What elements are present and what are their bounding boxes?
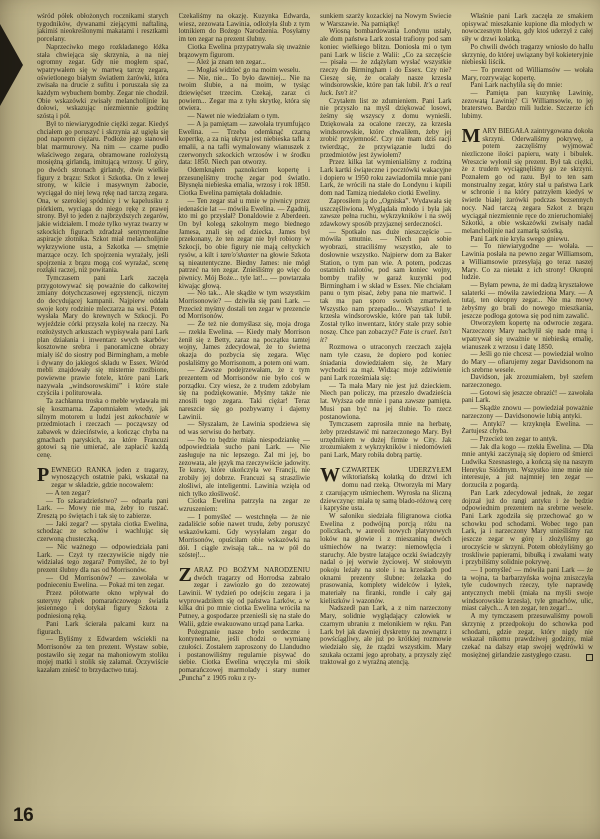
paragraph: — No tak... Ale skądże w tym wszystkim M… (179, 290, 311, 321)
drop-cap: P (37, 467, 51, 483)
paragraph: Właśnie pani Lark zaczęła ze smakiem opi… (462, 13, 594, 44)
paragraph: Naprzeciwko mego rozkładanego łóżka stał… (37, 44, 169, 121)
paragraph: Ciotka Ewelina przypatrywała się uważnie… (179, 44, 311, 59)
drop-cap: W (320, 467, 342, 483)
drop-cap: Z (179, 567, 194, 583)
paragraph: Otworzyłem kopertę na odwrocie zegara. N… (462, 320, 594, 351)
paragraph: — Spotkało nas duże nieszczęście — mówił… (320, 229, 452, 345)
paragraph: Ta zachłanna troska o meble wydawała mi … (37, 398, 169, 460)
text-columns: wśród półek obłożonych rocznikami staryc… (37, 13, 593, 809)
paragraph: — Antyki? — krzyknęła Ewelina. — Żartuje… (462, 421, 594, 436)
paragraph: — Pamięta pan kuzynkę Lawinię, zezowatą … (462, 90, 594, 121)
paragraph: Ciotka Ewelina patrzyła na zegar ze wzru… (179, 498, 311, 513)
paragraph: — To szkaradzieństwo? — odparła pani Lar… (37, 498, 169, 521)
paragraph: sunkiem szarży kozackiej na Nowym Świeci… (320, 13, 452, 28)
column-2: Czekaliśmy na okazję. Kuzynka Edwarda, w… (179, 13, 311, 809)
paragraph: — A ja pamiętam — zawołała tryumfująco E… (179, 121, 311, 167)
paragraph: Czekaliśmy na okazję. Kuzynka Edwarda, w… (179, 13, 311, 44)
magazine-page: wśród półek obłożonych rocznikami staryc… (0, 0, 600, 839)
page-number: 16 (13, 805, 33, 827)
paragraph: — Że też nie domyślasz się, moja droga —… (179, 321, 311, 367)
paragraph: — Od Morrisonów? — zawołała w podnieceni… (37, 575, 169, 590)
paragraph: — No to będzie miała niespodziankę — odp… (179, 437, 311, 499)
column-3: sunkiem szarży kozackiej na Nowym Świeci… (320, 13, 452, 809)
drop-cap: M (462, 128, 483, 144)
column-4: Właśnie pani Lark zaczęła ze smakiem opi… (462, 13, 594, 809)
paragraph: Pożegnanie nasze było serdeczne i kontyn… (179, 629, 311, 683)
paragraph: — Nie, nie... To było dawniej... Nie na … (179, 75, 311, 114)
paragraph: Czytałem list ze zdumieniem. Pani Lark n… (320, 98, 452, 160)
paragraph: — Byłam pewna, że mi dadzą kryształowe s… (462, 282, 594, 321)
paragraph: — Zawsze podejrzewałam, że z tym prezent… (179, 367, 311, 421)
page-corner-marker-icon (0, 24, 23, 106)
paragraph: MARY BIEGAŁA zaintrygowana dokoła skrzyn… (462, 128, 594, 236)
paragraph: — Jak dla kogo — rzekła Ewelina. — Dla m… (462, 444, 594, 490)
paragraph: Odemknąłem paznokciem kopertę i przesunę… (179, 167, 311, 198)
paragraph: Był to niewiarygodnie ciężki zegar. Kied… (37, 121, 169, 275)
paragraph: Pani Lark ścierała palcami kurz na figur… (37, 621, 169, 636)
paragraph: — Gotowi się jeszcze obrazić! — zawołała… (462, 390, 594, 405)
paragraph: W saloniku siedziała filigranowa ciotka … (320, 513, 452, 605)
paragraph: Tymczasem pani Lark zaczęła przygotowywa… (37, 275, 169, 398)
paragraph: Po chwili dwóch tragarzy wniosło do hall… (462, 44, 594, 67)
paragraph: wśród półek obłożonych rocznikami staryc… (37, 13, 169, 44)
paragraph: WCZWARTEK UDERZYŁEM wiktoriańską kołatką… (320, 467, 452, 513)
paragraph: PEWNEGO RANKA jeden z tragarzy, wynosząc… (37, 467, 169, 490)
paragraph: A my tymczasem przesuwaliśmy powoli skrz… (462, 613, 594, 659)
paragraph: — Skądże znowu — powiedział poważnie nar… (462, 405, 594, 420)
paragraph: — Ten zegar stał u mnie w piwnicy przez … (179, 198, 311, 290)
paragraph: — I pomyśleć — westchnęła — że nie zadal… (179, 514, 311, 560)
paragraph: — I pomyśleć — mówiła pani Lark — że ta … (462, 567, 594, 613)
end-of-article-icon (586, 654, 593, 661)
paragraph: Davidson, jak zrozumiałem, był szefem na… (462, 374, 594, 389)
paragraph: Przez kilka lat wymienialiśmy z rodziną … (320, 159, 452, 198)
paragraph: — Byliśmy z Edwardem wściekli na Morriso… (37, 636, 169, 675)
paragraph: Nadszedł pan Lark, a z nim narzeczony Ma… (320, 605, 452, 667)
paragraph: — To prezent od Williamsów — wołała Mary… (462, 67, 594, 82)
paragraph: ZARAZ PO BOŻYM NARODZENIU dwóch tragarzy… (179, 567, 311, 629)
column-1: wśród półek obłożonych rocznikami staryc… (37, 13, 169, 809)
paragraph: Pan Lark zdecydował jednak, że zegar doj… (462, 490, 594, 567)
paragraph: — Jaki zegar? — spytała ciotka Ewelina, … (37, 521, 169, 544)
paragraph: — To niewiarygodne — wołała. — Lawinia p… (462, 243, 594, 282)
paragraph: — Ta mała Mary nie jest już dzieckiem. N… (320, 383, 452, 422)
paragraph: — Słyszałam, że Lawinia spodziewa się od… (179, 421, 311, 436)
paragraph: — Nic ważnego — odpowiedziała pani Lark.… (37, 544, 169, 575)
paragraph: Rozmowa o utraconych rzeczach zajęła nam… (320, 344, 452, 383)
paragraph: — Jeśli go nie chcesz — powiedział wolno… (462, 351, 594, 374)
paragraph: Zaprosiłem ją do „Ogniska”. Wydawała się… (320, 198, 452, 229)
paragraph: Przez półotwarte okno wpływał do suteryn… (37, 590, 169, 621)
paragraph: Wiosną bombardowania Londynu ustały, ale… (320, 28, 452, 97)
paragraph: Tymczasem zaprosiła mnie na herbatę, żeb… (320, 421, 452, 460)
